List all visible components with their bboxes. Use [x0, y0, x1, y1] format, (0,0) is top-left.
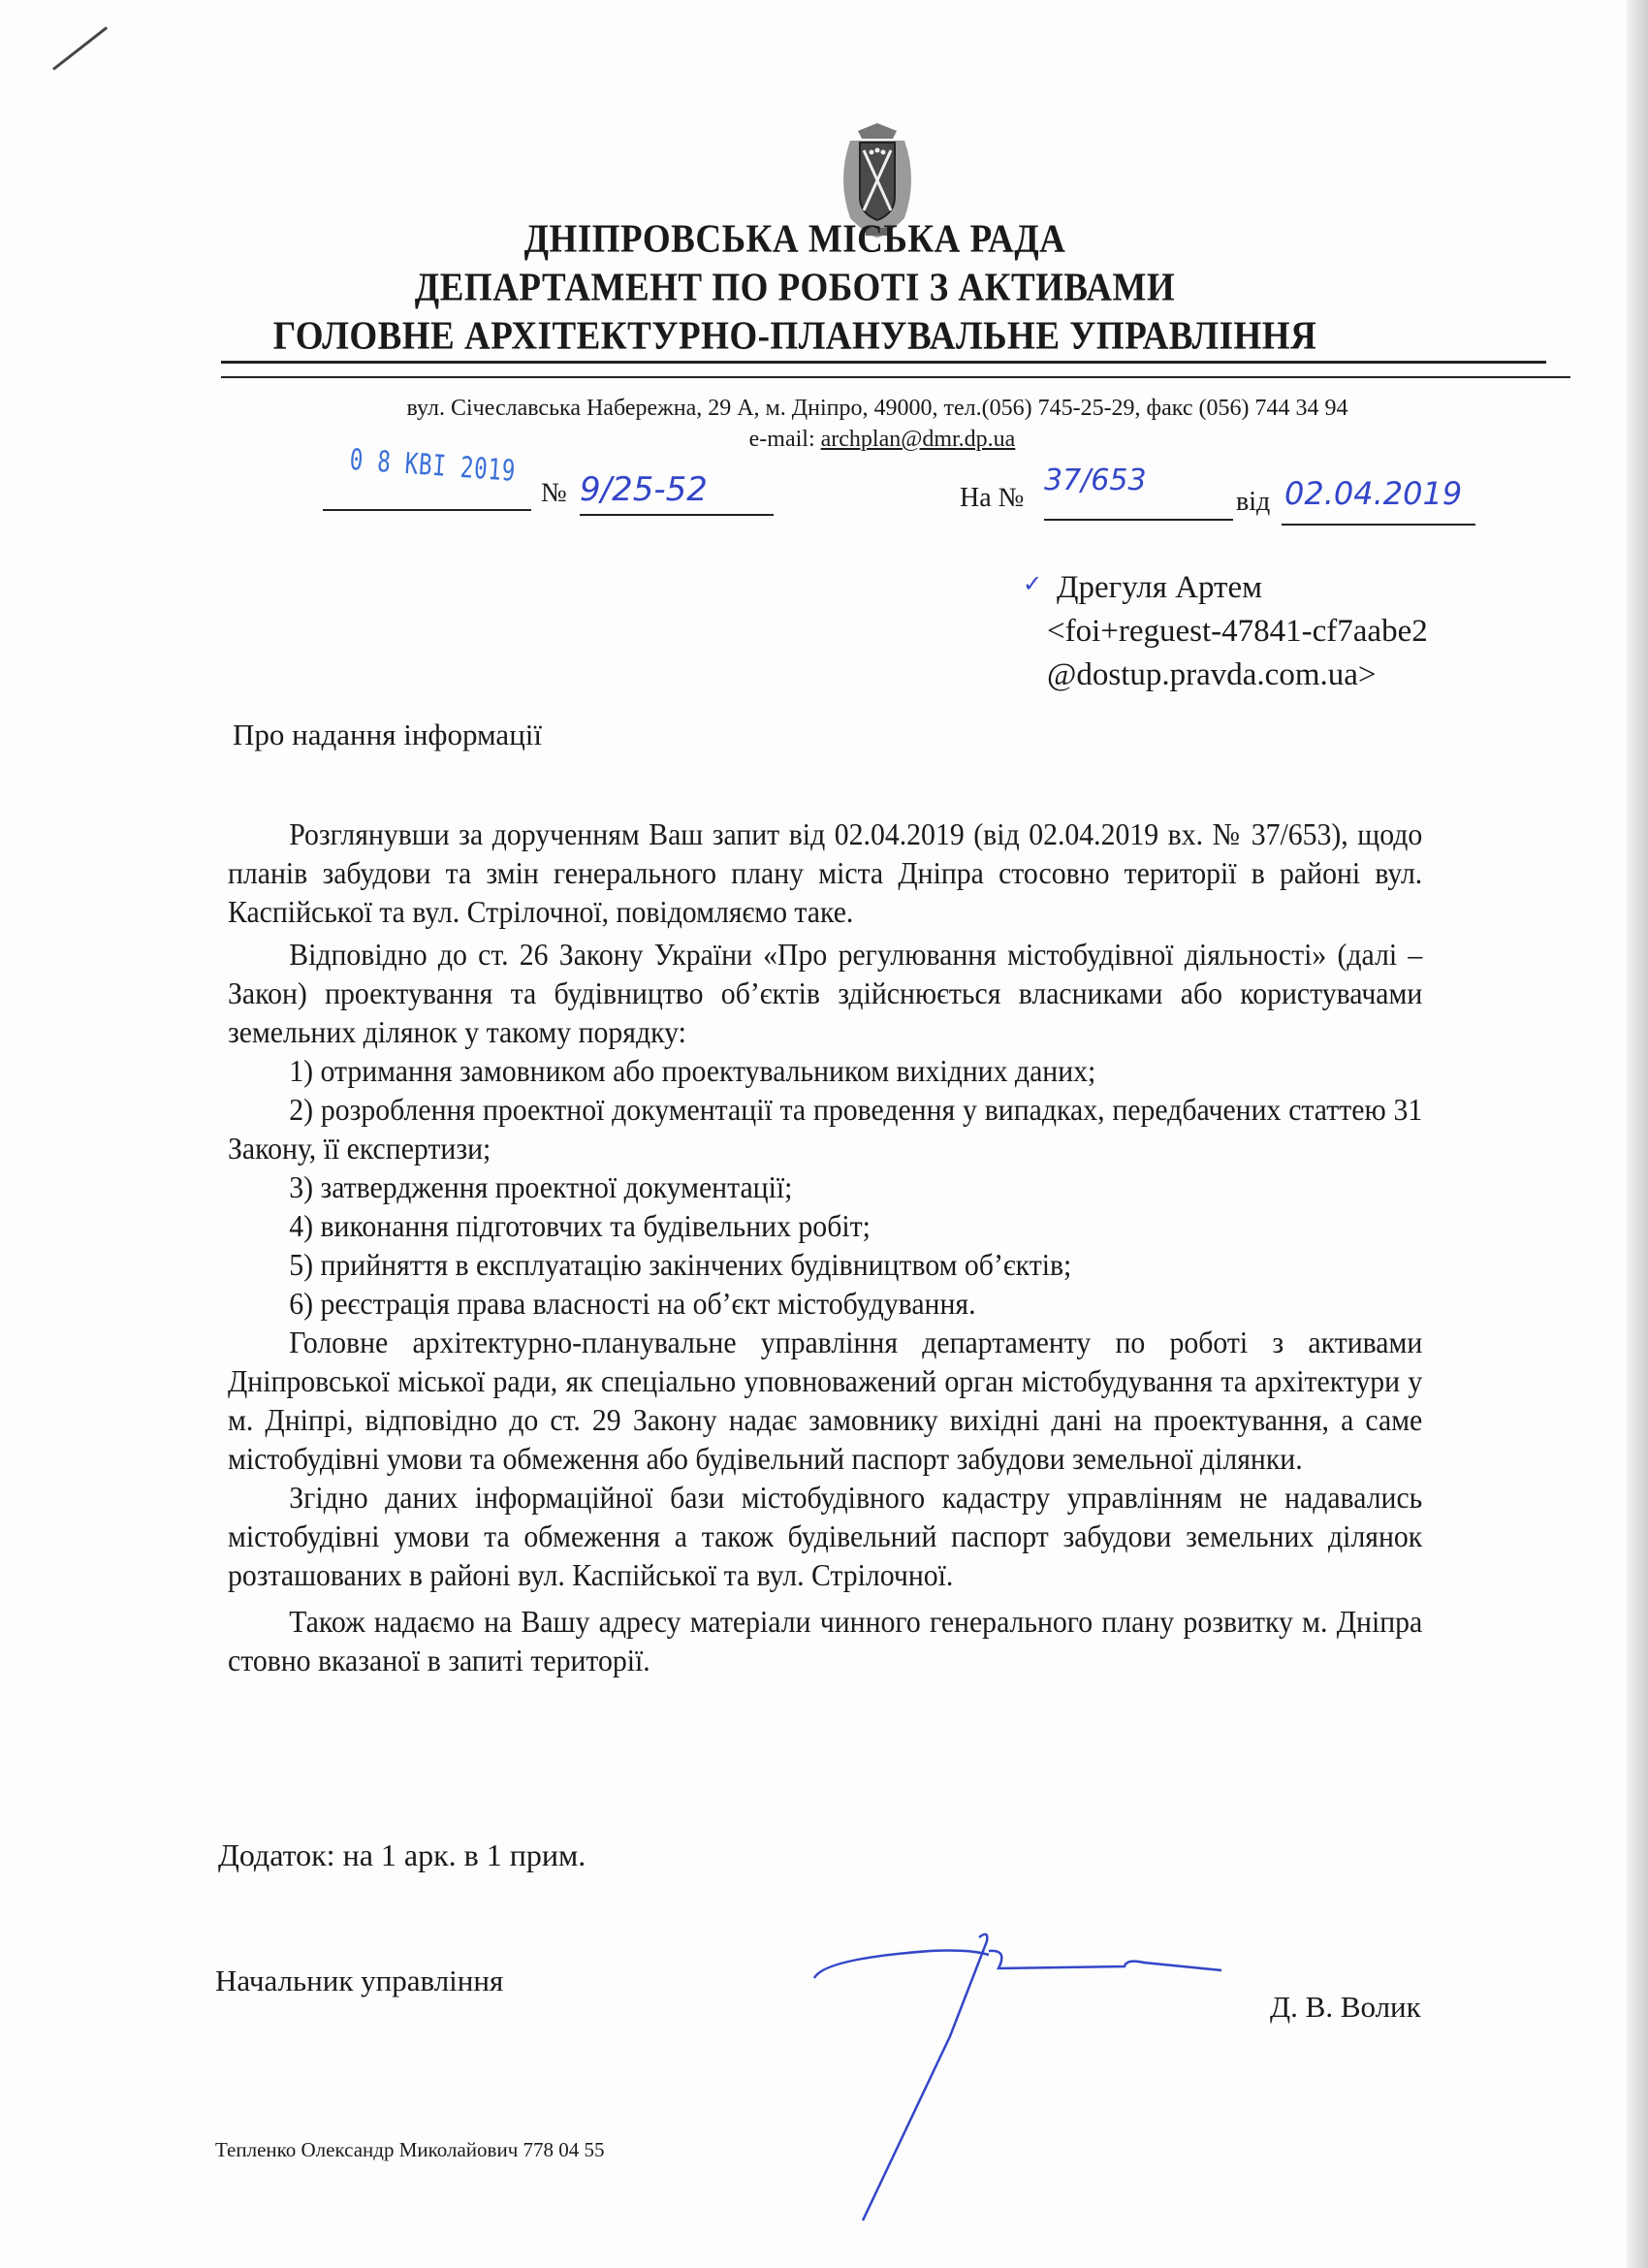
signer-position: Начальник управління [215, 1964, 503, 1998]
header-rule-thick [221, 361, 1546, 364]
letter-body: Розглянувши за дорученням Ваш запит від … [228, 815, 1422, 1679]
procedure-item-5: 5) прийняття в експлуатацію закінчених б… [228, 1245, 1422, 1284]
procedure-item-4: 4) виконання підготовчих та будівельних … [228, 1206, 1422, 1245]
org-email: e-mail: archplan@dmr.dp.ua [0, 427, 1648, 453]
procedure-item-2: 2) розроблення проектної документації та… [228, 1090, 1422, 1167]
email-label: e-mail: [749, 427, 815, 452]
body-paragraph-4: Згідно даних інформаційної бази містобуд… [228, 1478, 1422, 1594]
recipient-block: Дрегуля Артем <foi+reguest-47841-cf7aabe… [1047, 566, 1428, 697]
body-paragraph-2: Відповідно до ст. 26 Закону України «Про… [228, 935, 1422, 1051]
body-paragraph-5: Також надаємо на Вашу адресу матеріали ч… [228, 1602, 1422, 1679]
outgoing-number-line [580, 514, 774, 516]
annex-note: Додаток: на 1 арк. в 1 прим. [218, 1837, 586, 1873]
reply-to-number-line [1044, 519, 1233, 521]
reply-to-date-line [1282, 524, 1475, 526]
outgoing-number: 9/25-52 [580, 470, 708, 509]
recipient-email-line2: @dostup.pravda.com.ua> [1047, 654, 1428, 697]
header-rule-thin [221, 376, 1570, 378]
handwritten-signature-icon [756, 1930, 1299, 2230]
org-name-line3: ГОЛОВНЕ АРХІТЕКТУРНО-ПЛАНУВАЛЬНЕ УПРАВЛІ… [0, 312, 1590, 359]
scan-mark [52, 26, 108, 70]
body-paragraph-3: Головне архітектурно-планувальне управлі… [228, 1323, 1422, 1478]
check-mark-icon: ✓ [1023, 570, 1042, 598]
reply-to-number: 37/653 [1044, 463, 1147, 497]
reply-to-label: На № [960, 483, 1024, 514]
org-name-line2: ДЕПАРТАМЕНТ ПО РОБОТІ З АКТИВАМИ [0, 264, 1590, 310]
letter-subject: Про надання інформації [233, 718, 542, 752]
scan-edge [1627, 0, 1648, 2268]
org-name-line1: ДНІПРОВСЬКА МІСЬКА РАДА [0, 215, 1590, 262]
procedure-item-6: 6) реєстрація права власності на об’єкт … [228, 1284, 1422, 1323]
recipient-email-line1: <foi+reguest-47841-cf7aabe2 [1047, 610, 1428, 654]
number-sign: № [541, 478, 567, 509]
procedure-item-3: 3) затвердження проектної документації; [228, 1167, 1422, 1206]
procedure-item-1: 1) отримання замовником або проектувальн… [228, 1051, 1422, 1090]
body-paragraph-1: Розглянувши за дорученням Ваш запит від … [228, 815, 1422, 931]
org-address: вул. Січеславська Набережна, 29 А, м. Дн… [0, 396, 1648, 422]
date-blank-line [323, 509, 531, 511]
executor-contact: Тепленко Олександр Миколайович 778 04 55 [215, 2138, 605, 2162]
reply-to-date: 02.04.2019 [1284, 475, 1462, 512]
signer-name: Д. В. Волик [1270, 1990, 1421, 2025]
recipient-name: Дрегуля Артем [1057, 566, 1428, 610]
from-label: від [1236, 487, 1270, 518]
email-link[interactable]: archplan@dmr.dp.ua [821, 427, 1016, 452]
